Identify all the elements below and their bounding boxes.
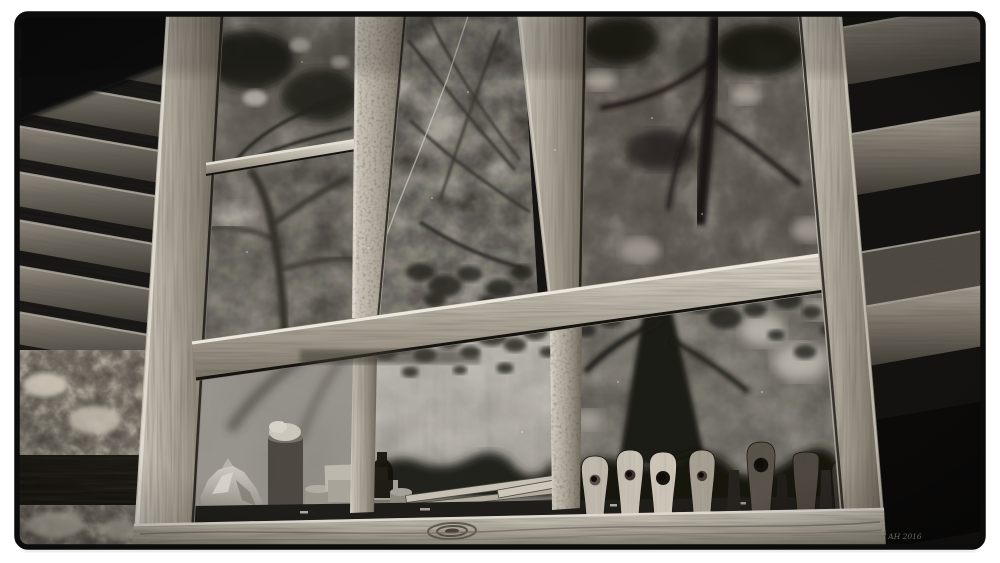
photo-page: AH 2016 <box>0 0 1000 563</box>
watermark: AH 2016 <box>887 532 922 541</box>
framed-photograph: AH 2016 <box>0 0 1000 563</box>
photo-content: AH 2016 <box>0 2 984 556</box>
vignette <box>17 14 983 547</box>
photo-scene: AH 2016 <box>0 0 1000 563</box>
